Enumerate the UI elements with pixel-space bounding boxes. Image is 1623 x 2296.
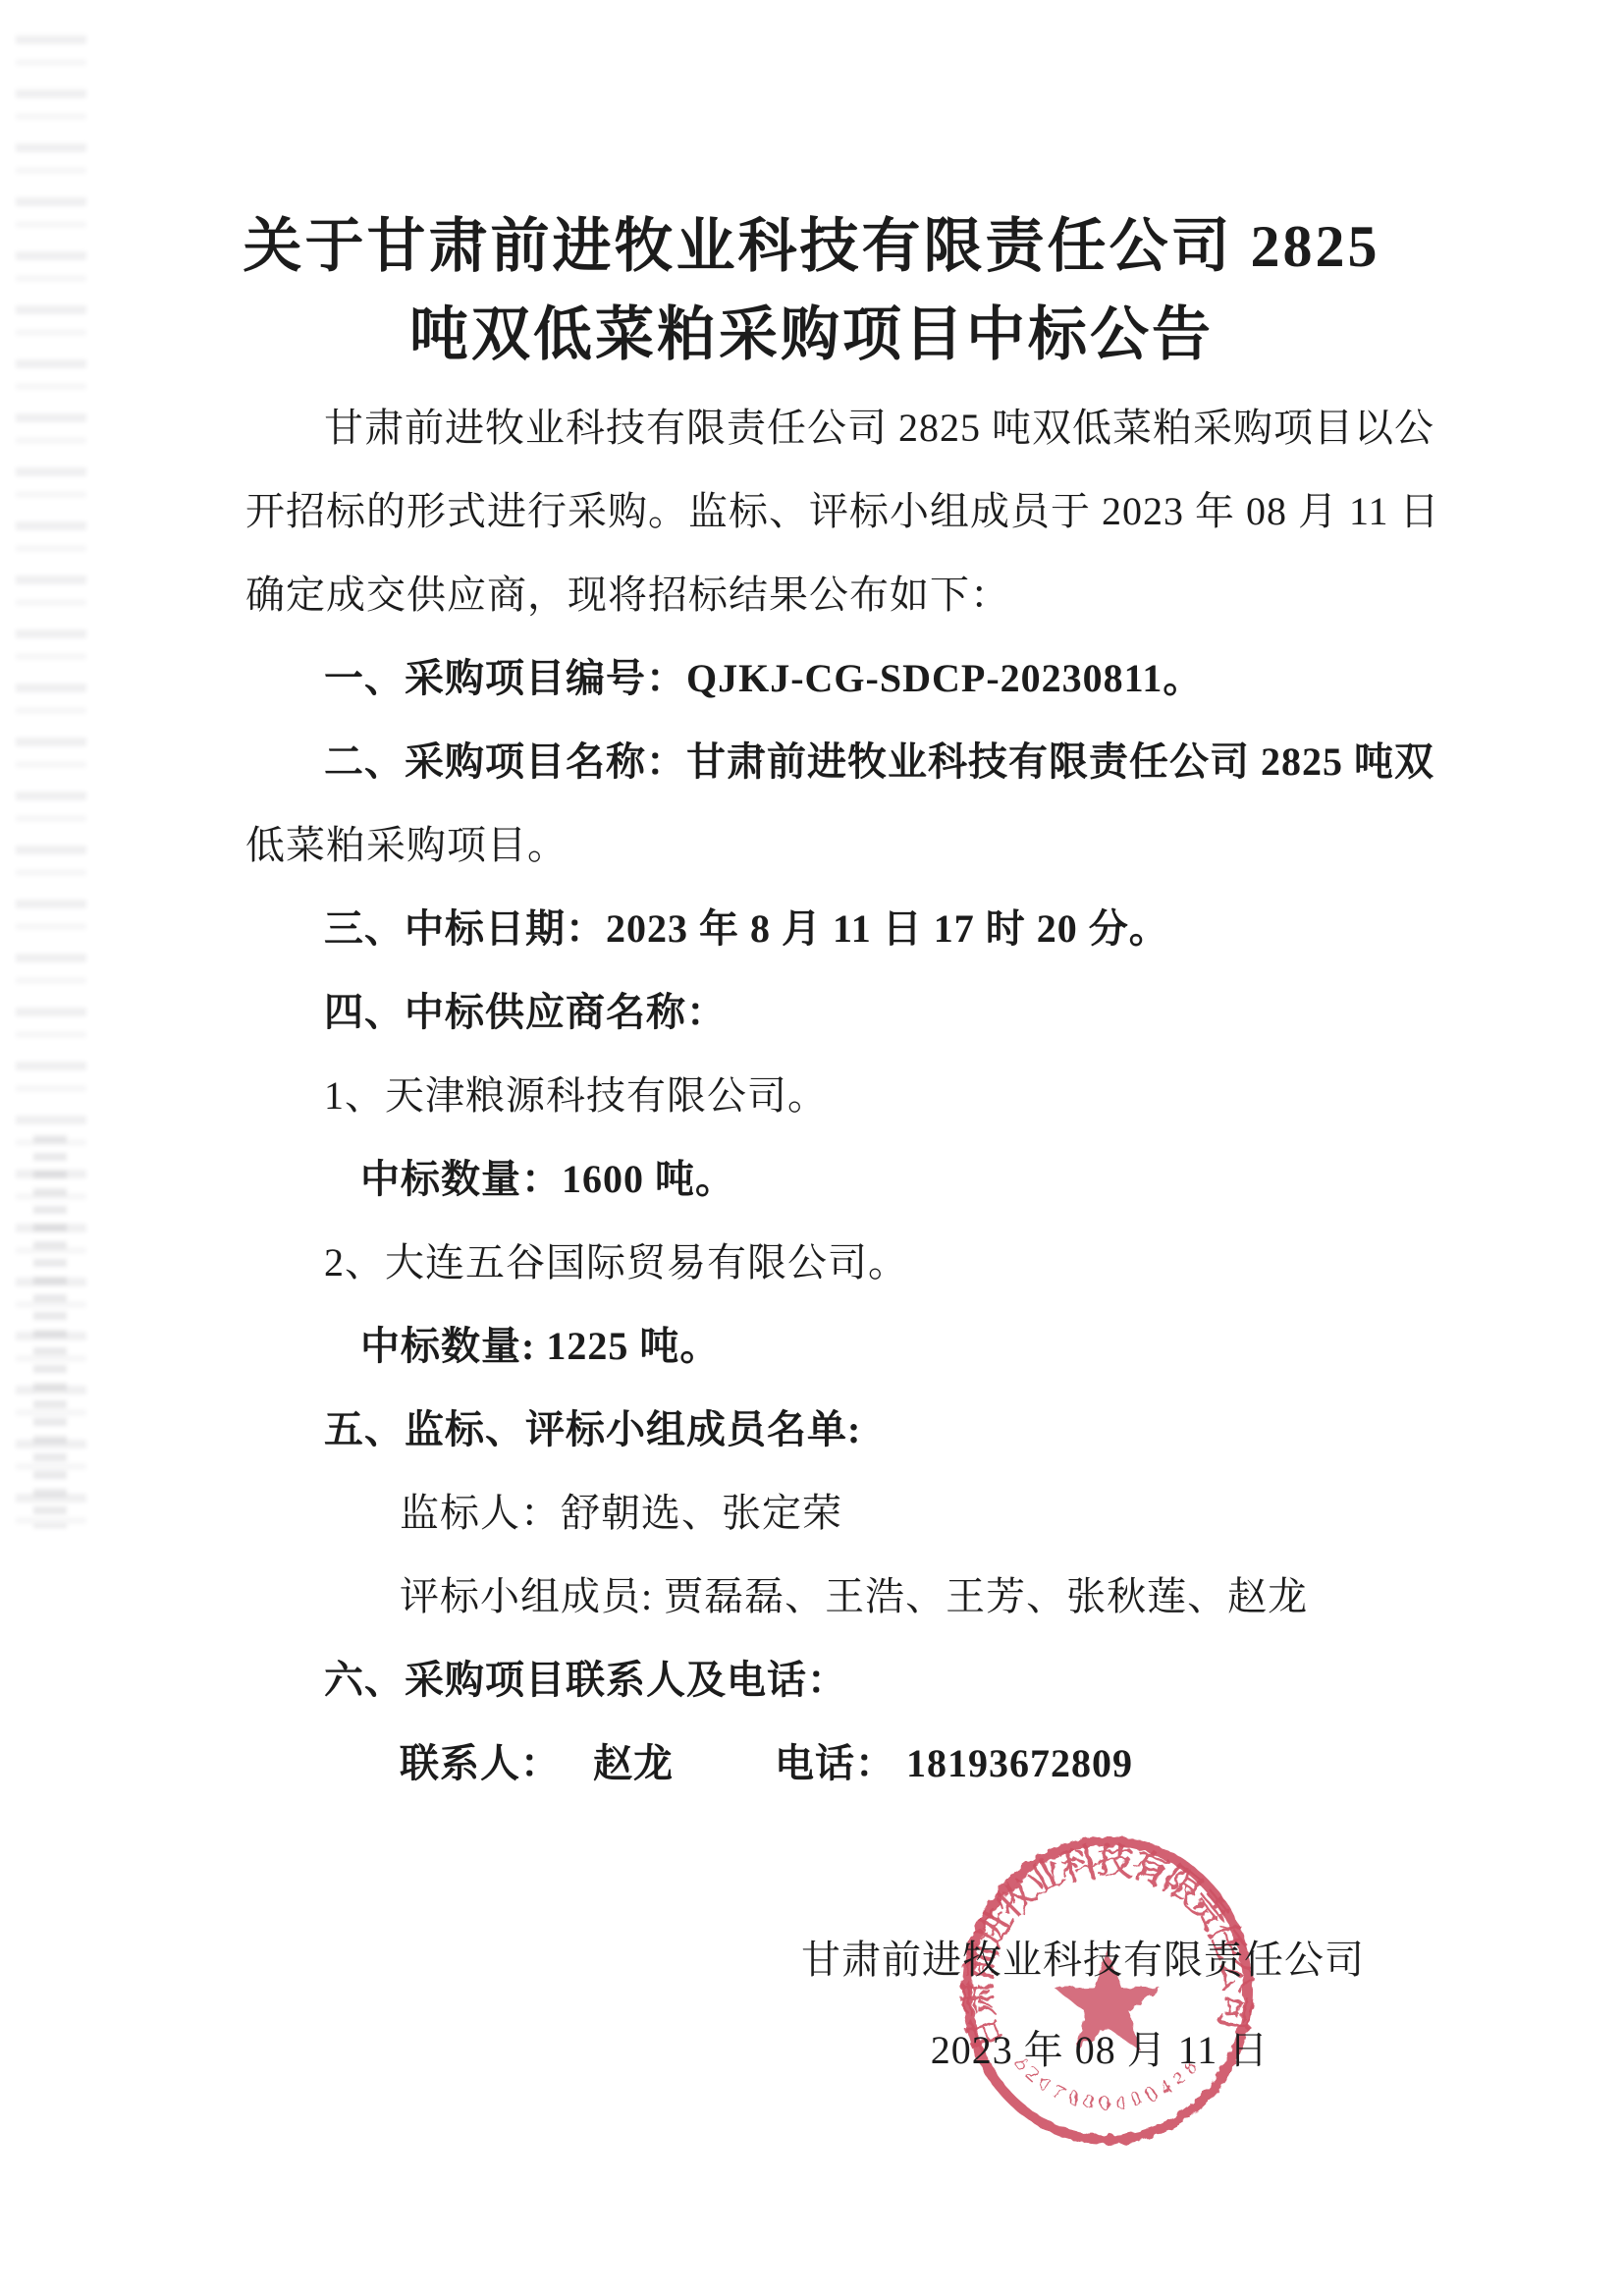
section-4-winning-suppliers: 四、中标供应商名称： <box>245 970 1384 1054</box>
supplier-1: 1、天津粮源科技有限公司。 <box>245 1054 1384 1137</box>
supplier-2: 2、大连五谷国际贸易有限公司。 <box>245 1221 1384 1304</box>
title-line-2: 吨双低菜粕采购项目中标公告 <box>0 291 1623 379</box>
company-seal-stamp: 甘肃前进牧业科技有限责任公司 6207000000428 <box>938 1812 1277 2175</box>
paragraph-line: 甘肃前进牧业科技有限责任公司 2825 吨双低菜粕采购项目以公 <box>245 386 1384 469</box>
section-2-project-name: 二、采购项目名称：甘肃前进牧业科技有限责任公司 2825 吨双 <box>245 720 1384 803</box>
title-line-1: 关于甘肃前进牧业科技有限责任公司 2825 <box>0 202 1623 291</box>
evaluation-members-line: 评标小组成员: 贾磊磊、王浩、王芳、张秋莲、赵龙 <box>245 1555 1384 1638</box>
phone-number: 18193672809 <box>906 1741 1133 1785</box>
section-2-continuation: 低菜粕采购项目。 <box>245 803 1384 887</box>
contact-line: 联系人： 赵龙 电话： 18193672809 <box>245 1722 1384 1805</box>
document-body: 甘肃前进牧业科技有限责任公司 2825 吨双低菜粕采购项目以公 开招标的形式进行… <box>245 386 1384 1805</box>
supplier-2-quantity: 中标数量: 1225 吨。 <box>245 1304 1384 1388</box>
signature-company: 甘肃前进牧业科技有限责任公司 <box>0 1929 1365 1985</box>
paragraph-line: 开招标的形式进行采购。监标、评标小组成员于 2023 年 08 月 11 日 <box>245 469 1384 553</box>
section-6-contact: 六、采购项目联系人及电话： <box>245 1638 1384 1722</box>
section-1-project-number: 一、采购项目编号：QJKJ-CG-SDCP-20230811。 <box>245 636 1384 720</box>
section-5-committee-list: 五、监标、评标小组成员名单: <box>245 1388 1384 1471</box>
section-3-award-date: 三、中标日期：2023 年 8 月 11 日 17 时 20 分。 <box>245 887 1384 970</box>
paragraph-line: 确定成交供应商，现将招标结果公布如下： <box>245 553 1384 636</box>
contact-label: 联系人： <box>400 1741 561 1785</box>
contact-name: 赵龙 <box>593 1741 674 1785</box>
page-title: 关于甘肃前进牧业科技有限责任公司 2825 吨双低菜粕采购项目中标公告 <box>0 202 1623 379</box>
supervisors-line: 监标人：舒朝选、张定荣 <box>245 1471 1384 1555</box>
phone-label: 电话： <box>775 1741 895 1785</box>
signature-date: 2023 年 08 月 11 日 <box>884 2019 1316 2075</box>
supplier-1-quantity: 中标数量：1600 吨。 <box>245 1137 1384 1221</box>
document-page: 关于甘肃前进牧业科技有限责任公司 2825 吨双低菜粕采购项目中标公告 甘肃前进… <box>0 0 1623 2296</box>
